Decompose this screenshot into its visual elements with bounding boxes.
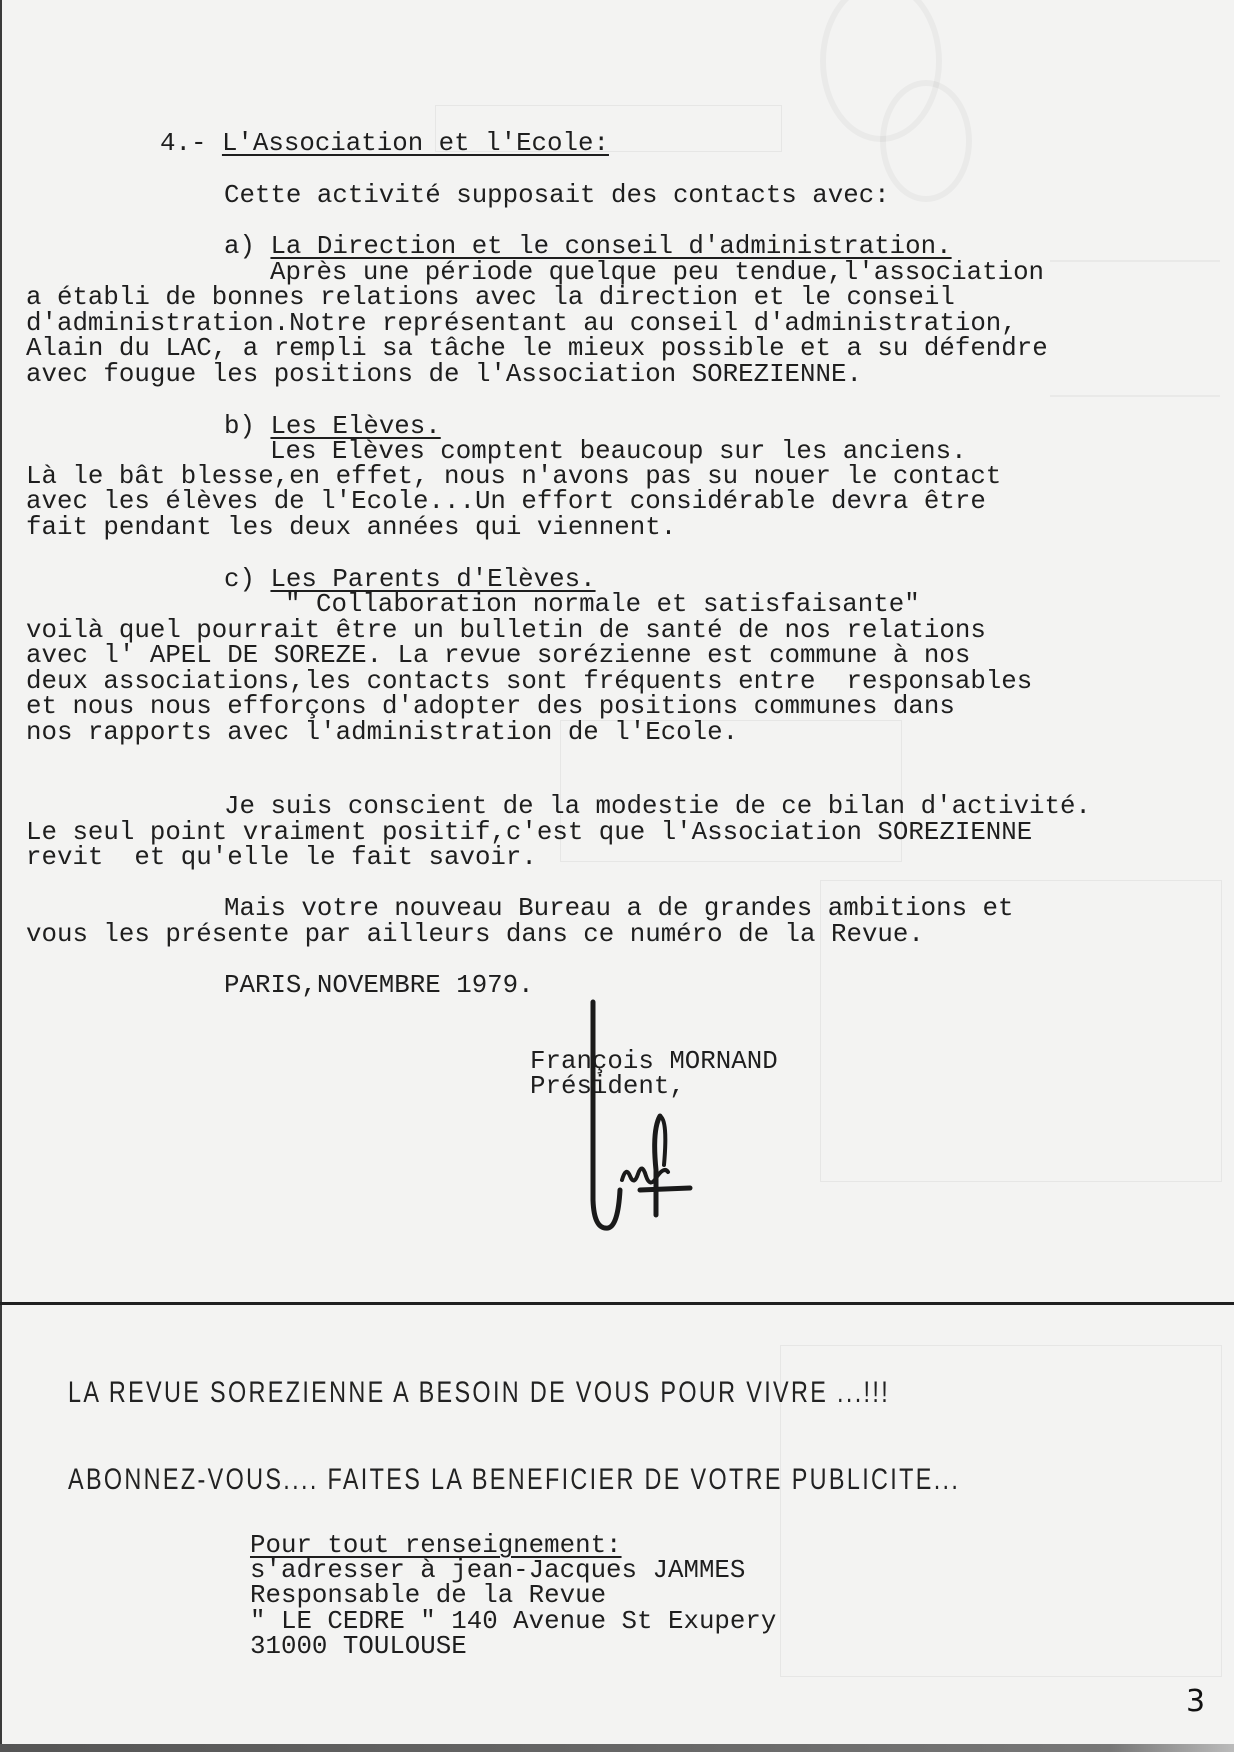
subsection-marker: c) — [224, 565, 255, 594]
paragraph-line: " Collaboration normale et satisfaisante… — [285, 592, 920, 618]
announcement-headline: LA REVUE SOREZIENNE A BESOIN DE VOUS POU… — [68, 1378, 890, 1408]
scan-edge — [0, 0, 2, 1744]
show-through-mark — [880, 80, 972, 202]
subsection-a-heading: a) La Direction et le conseil d'administ… — [224, 234, 952, 260]
conclusion-line: revit et qu'elle le fait savoir. — [26, 845, 537, 871]
announcement-subheadline: ABONNEZ-VOUS.... FAITES LA BENEFICIER DE… — [68, 1465, 960, 1495]
paragraph-line: a établi de bonnes relations avec la dir… — [26, 285, 955, 311]
show-through-line — [1050, 260, 1220, 262]
section-title: L'Association et l'Ecole: — [222, 129, 609, 158]
intro-text: Cette activité supposait des contacts av… — [224, 183, 890, 209]
paragraph-line: et nous nous efforçons d'adopter des pos… — [26, 694, 955, 720]
paragraph-line: fait pendant les deux années qui viennen… — [26, 515, 676, 541]
closing-line: Mais votre nouveau Bureau a de grandes a… — [224, 896, 1014, 922]
place-date: PARIS,NOVEMBRE 1979. — [224, 973, 534, 999]
paragraph-line: avec l' APEL DE SOREZE. La revue sorézie… — [26, 643, 970, 669]
scan-border — [0, 1744, 1234, 1752]
contact-line: Responsable de la Revue — [250, 1583, 606, 1609]
paragraph-line: Alain du LAC, a rempli sa tâche le mieux… — [26, 336, 1048, 362]
section-number: 4.- — [160, 129, 206, 158]
subsection-title: La Direction et le conseil d'administrat… — [270, 232, 951, 261]
conclusion-line: Je suis conscient de la modestie de ce b… — [224, 794, 1091, 820]
section-heading: 4.- L'Association et l'Ecole: — [160, 131, 609, 157]
section-divider — [0, 1302, 1234, 1305]
page-number: 3 — [1186, 1684, 1205, 1719]
subsection-marker: b) — [224, 412, 255, 441]
closing-line: vous les présente par ailleurs dans ce n… — [26, 922, 924, 948]
handwritten-signature — [560, 990, 700, 1250]
paragraph-line: nos rapports avec l'administration de l'… — [26, 720, 738, 746]
subsection-marker: a) — [224, 232, 255, 261]
paragraph-line: avec fougue les positions de l'Associati… — [26, 362, 862, 388]
show-through-line — [1050, 395, 1220, 397]
contact-line: 31000 TOULOUSE — [250, 1634, 467, 1660]
paragraph-line: avec les élèves de l'Ecole...Un effort c… — [26, 489, 986, 515]
